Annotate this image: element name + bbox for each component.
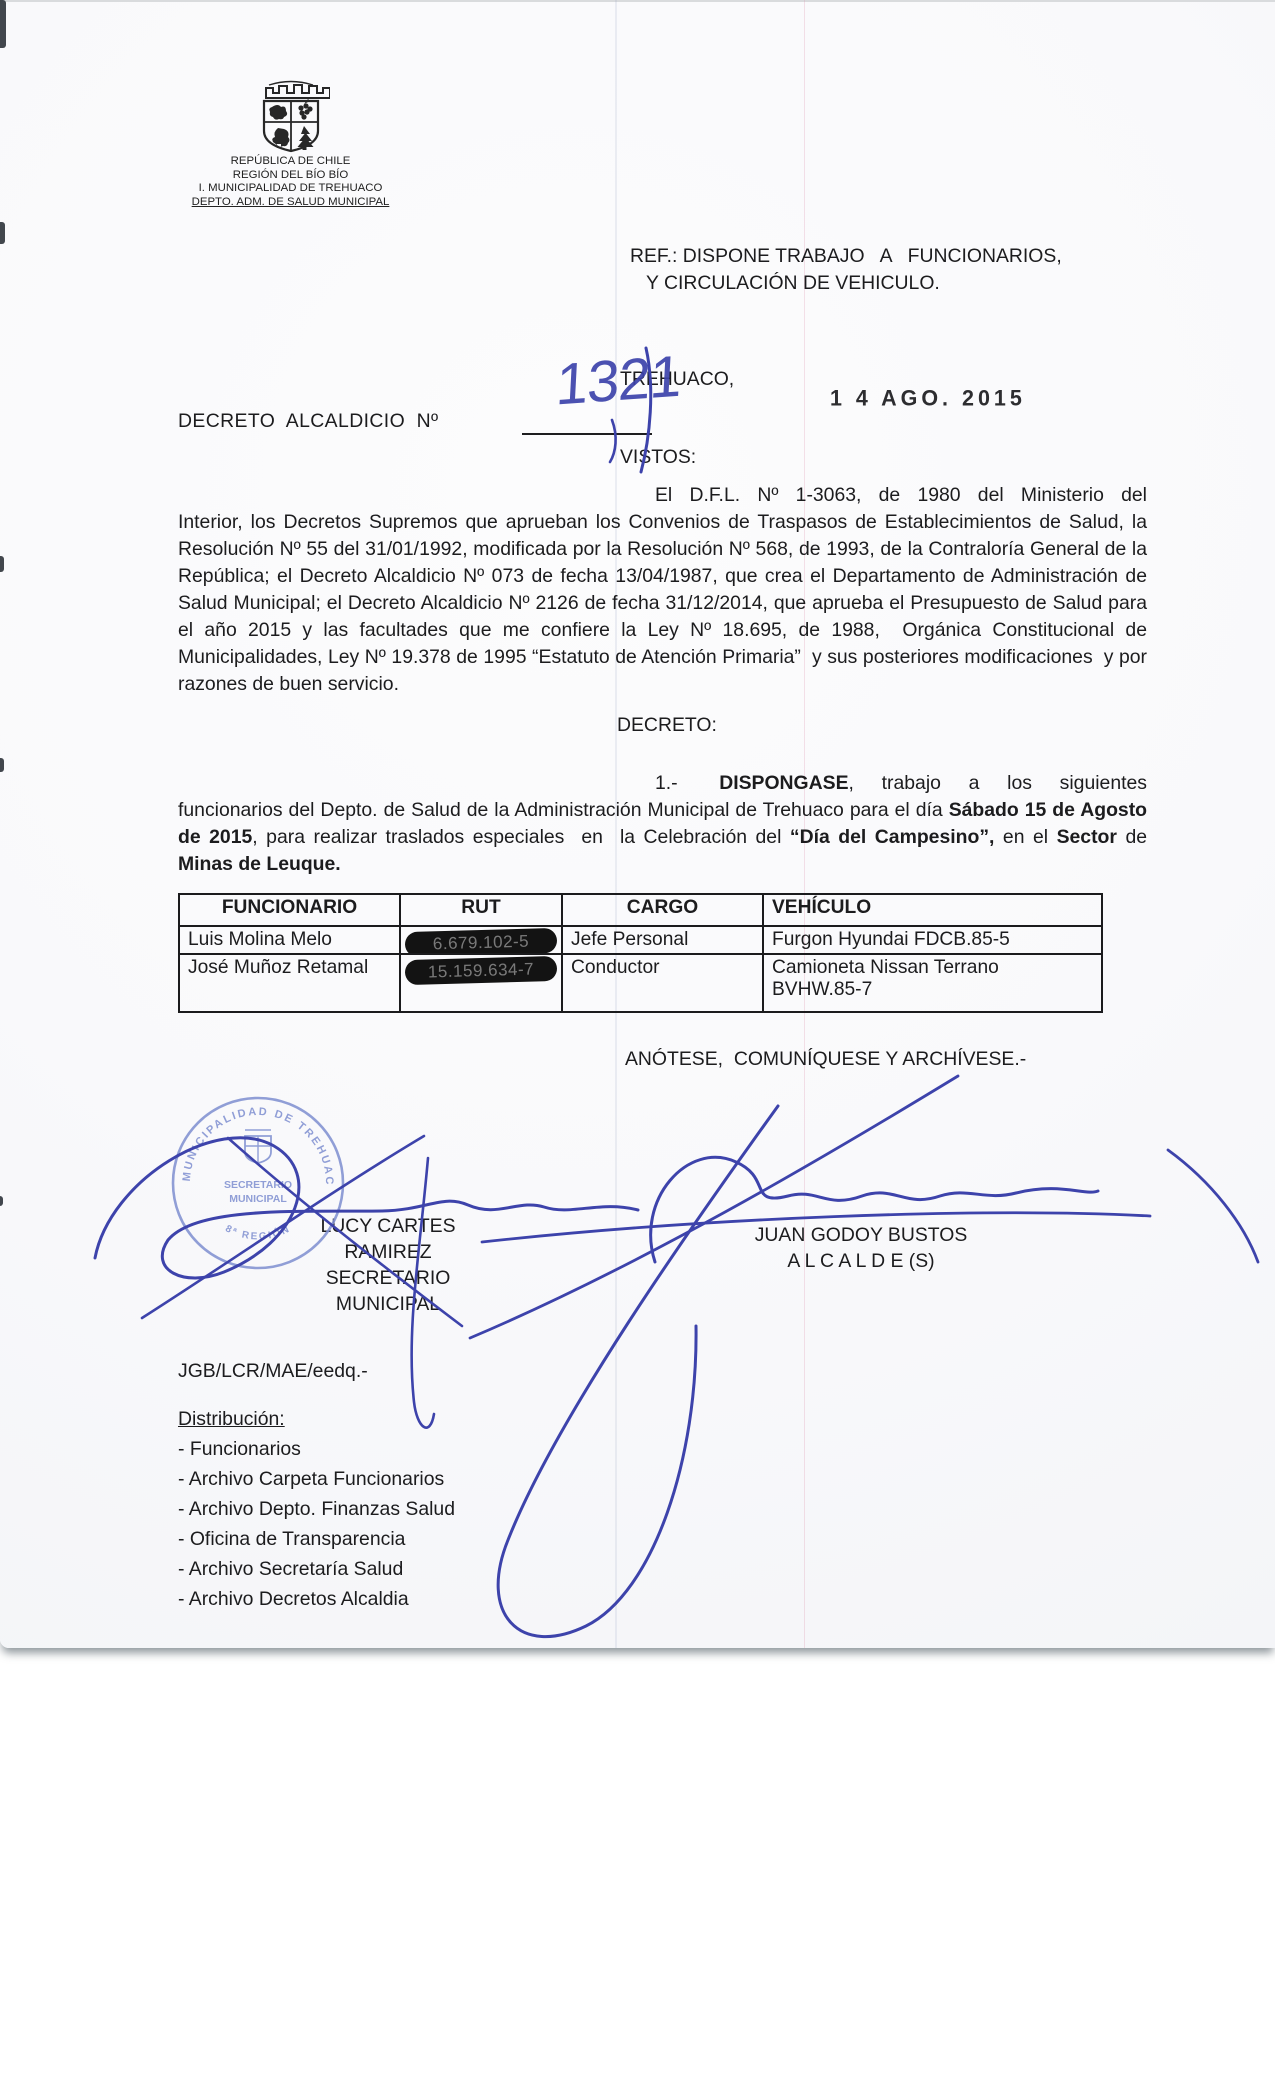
personnel-table: FUNCIONARIO RUT CARGO VEHÍCULO Luis Moli… [178, 893, 1103, 1013]
mayor-signature [470, 1076, 1258, 1637]
ref-subject-line2: Y CIRCULACIÓN DE VEHICULO. [646, 270, 940, 297]
ref-subject-line1: REF.: DISPONE TRABAJO A FUNCIONARIOS, [630, 243, 1062, 270]
redaction-mark: 6.679.102-5 [405, 928, 558, 954]
mayor-title: A L C A L D E (S) [748, 1248, 974, 1274]
rut-value: 6.679.102-5 [433, 931, 530, 954]
scanned-decree-page: { "colors": { "ink": "#1c1c1e", "pen_blu… [0, 0, 1275, 2100]
letterhead-department: DEPTO. ADM. DE SALUD MUNICIPAL [168, 196, 413, 210]
municipal-coat-of-arms-icon [252, 74, 330, 156]
letterhead-municipality: I. MUNICIPALIDAD DE TREHUACO [168, 182, 413, 196]
cell-cargo: Jefe Personal [562, 926, 763, 954]
col-header-rut: RUT [400, 894, 562, 926]
redaction-mark: 15.159.634-7 [405, 956, 558, 985]
table-header-row: FUNCIONARIO RUT CARGO VEHÍCULO [179, 894, 1102, 926]
initials-line: JGB/LCR/MAE/eedq.- [178, 1358, 368, 1385]
distribution-item: - Archivo Carpeta Funcionarios [178, 1466, 444, 1493]
col-header-cargo: CARGO [562, 894, 763, 926]
col-header-vehiculo: VEHÍCULO [763, 894, 1102, 926]
handwritten-decree-number: 1321 [555, 347, 683, 414]
vistos-label: VISTOS: [620, 444, 696, 471]
letterhead-country: REPÚBLICA DE CHILE [168, 155, 413, 169]
table-row: José Muñoz Retamal 15.159.634-7 Conducto… [179, 954, 1102, 1012]
decreto-label: DECRETO: [617, 712, 717, 739]
vistos-paragraph: El D.F.L. Nº 1-3063, de 1980 del Ministe… [178, 482, 1147, 698]
scan-edge-artifact [0, 1196, 3, 1206]
letterhead-region: REGIÓN DEL BÍO BÍO [168, 169, 413, 183]
cell-rut-redacted: 15.159.634-7 [400, 954, 562, 1012]
cell-vehiculo: Furgon Hyundai FDCB.85-5 [763, 926, 1102, 954]
svg-text:MUNICIPAL: MUNICIPAL [229, 1193, 287, 1205]
date-stamp: 1 4 AGO. 2015 [830, 386, 1026, 412]
decree-number-underline [522, 433, 652, 435]
closing-formula: ANÓTESE, COMUNÍQUESE Y ARCHÍVESE.- [625, 1046, 1026, 1073]
distribution-item: - Funcionarios [178, 1436, 301, 1463]
distribution-item: - Archivo Decretos Alcaldia [178, 1586, 409, 1613]
secretary-title: SECRETARIO MUNICIPAL [282, 1265, 494, 1317]
decree-label: DECRETO ALCALDICIO Nº [178, 408, 439, 435]
cell-cargo: Conductor [562, 954, 763, 1012]
signature-block-secretary: LUCY CARTES RAMIREZ SECRETARIO MUNICIPAL [282, 1213, 494, 1317]
scanned-paper: REPÚBLICA DE CHILE REGIÓN DEL BÍO BÍO I.… [0, 0, 1275, 1648]
signature-block-mayor: JUAN GODOY BUSTOS A L C A L D E (S) [748, 1222, 974, 1274]
distribution-item: - Archivo Secretaría Salud [178, 1556, 403, 1583]
cell-funcionario: Luis Molina Melo [179, 926, 400, 954]
col-header-funcionario: FUNCIONARIO [179, 894, 400, 926]
cell-vehiculo: Camioneta Nissan Terrano BVHW.85-7 [763, 954, 1102, 1012]
scan-edge-artifact [0, 0, 6, 48]
scan-top-edge [0, 0, 1275, 2]
table-row: Luis Molina Melo 6.679.102-5 Jefe Person… [179, 926, 1102, 954]
scan-edge-artifact [0, 222, 5, 244]
distribution-item: - Oficina de Transparencia [178, 1526, 405, 1553]
secretary-name: LUCY CARTES RAMIREZ [282, 1213, 494, 1265]
scan-edge-artifact [0, 556, 4, 572]
scan-edge-artifact [0, 758, 4, 772]
distribution-item: - Archivo Depto. Finanzas Salud [178, 1496, 455, 1523]
cell-rut-redacted: 6.679.102-5 [400, 926, 562, 954]
svg-text:SECRETARIO: SECRETARIO [224, 1179, 292, 1191]
cell-funcionario: José Muñoz Retamal [179, 954, 400, 1012]
letterhead: REPÚBLICA DE CHILE REGIÓN DEL BÍO BÍO I.… [168, 155, 413, 209]
decreto-paragraph: 1.- DISPONGASE, trabajo a los siguientes… [178, 770, 1147, 878]
distribution-label: Distribución: [178, 1406, 285, 1433]
rut-value: 15.159.634-7 [428, 959, 535, 982]
mayor-name: JUAN GODOY BUSTOS [748, 1222, 974, 1248]
